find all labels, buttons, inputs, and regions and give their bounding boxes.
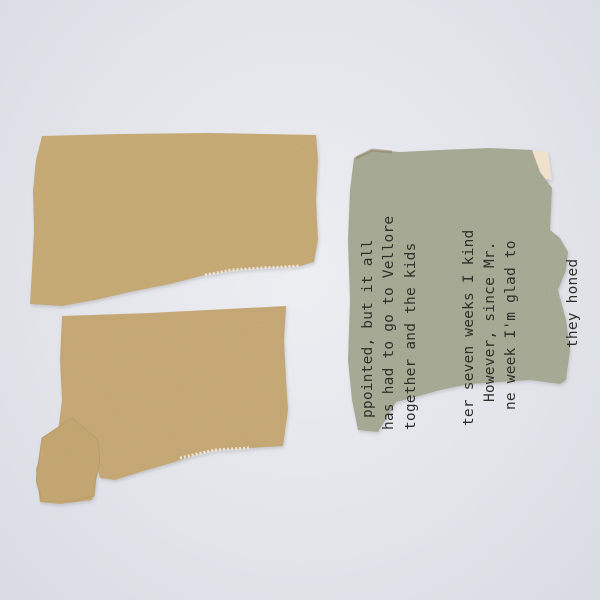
typed-line-3: together and the kids xyxy=(404,242,419,430)
typed-line-2: has had to go to Vellore xyxy=(382,216,397,430)
bottom-left-tan-fragment xyxy=(36,306,288,504)
photo-scene: ppointed, but it all has had to go to Ve… xyxy=(0,0,600,600)
typed-text-block: ppointed, but it all has had to go to Ve… xyxy=(352,148,552,438)
typed-line-5: However, since Mr. xyxy=(483,241,498,402)
typed-line-6: ne week I'm glad to xyxy=(504,240,519,410)
typed-line-1: ppointed, but it all xyxy=(361,239,376,418)
top-left-tan-fragment xyxy=(30,133,318,306)
typed-line-4: ter seven weeks I kind xyxy=(462,230,477,426)
typed-line-7: they honed xyxy=(566,259,581,348)
